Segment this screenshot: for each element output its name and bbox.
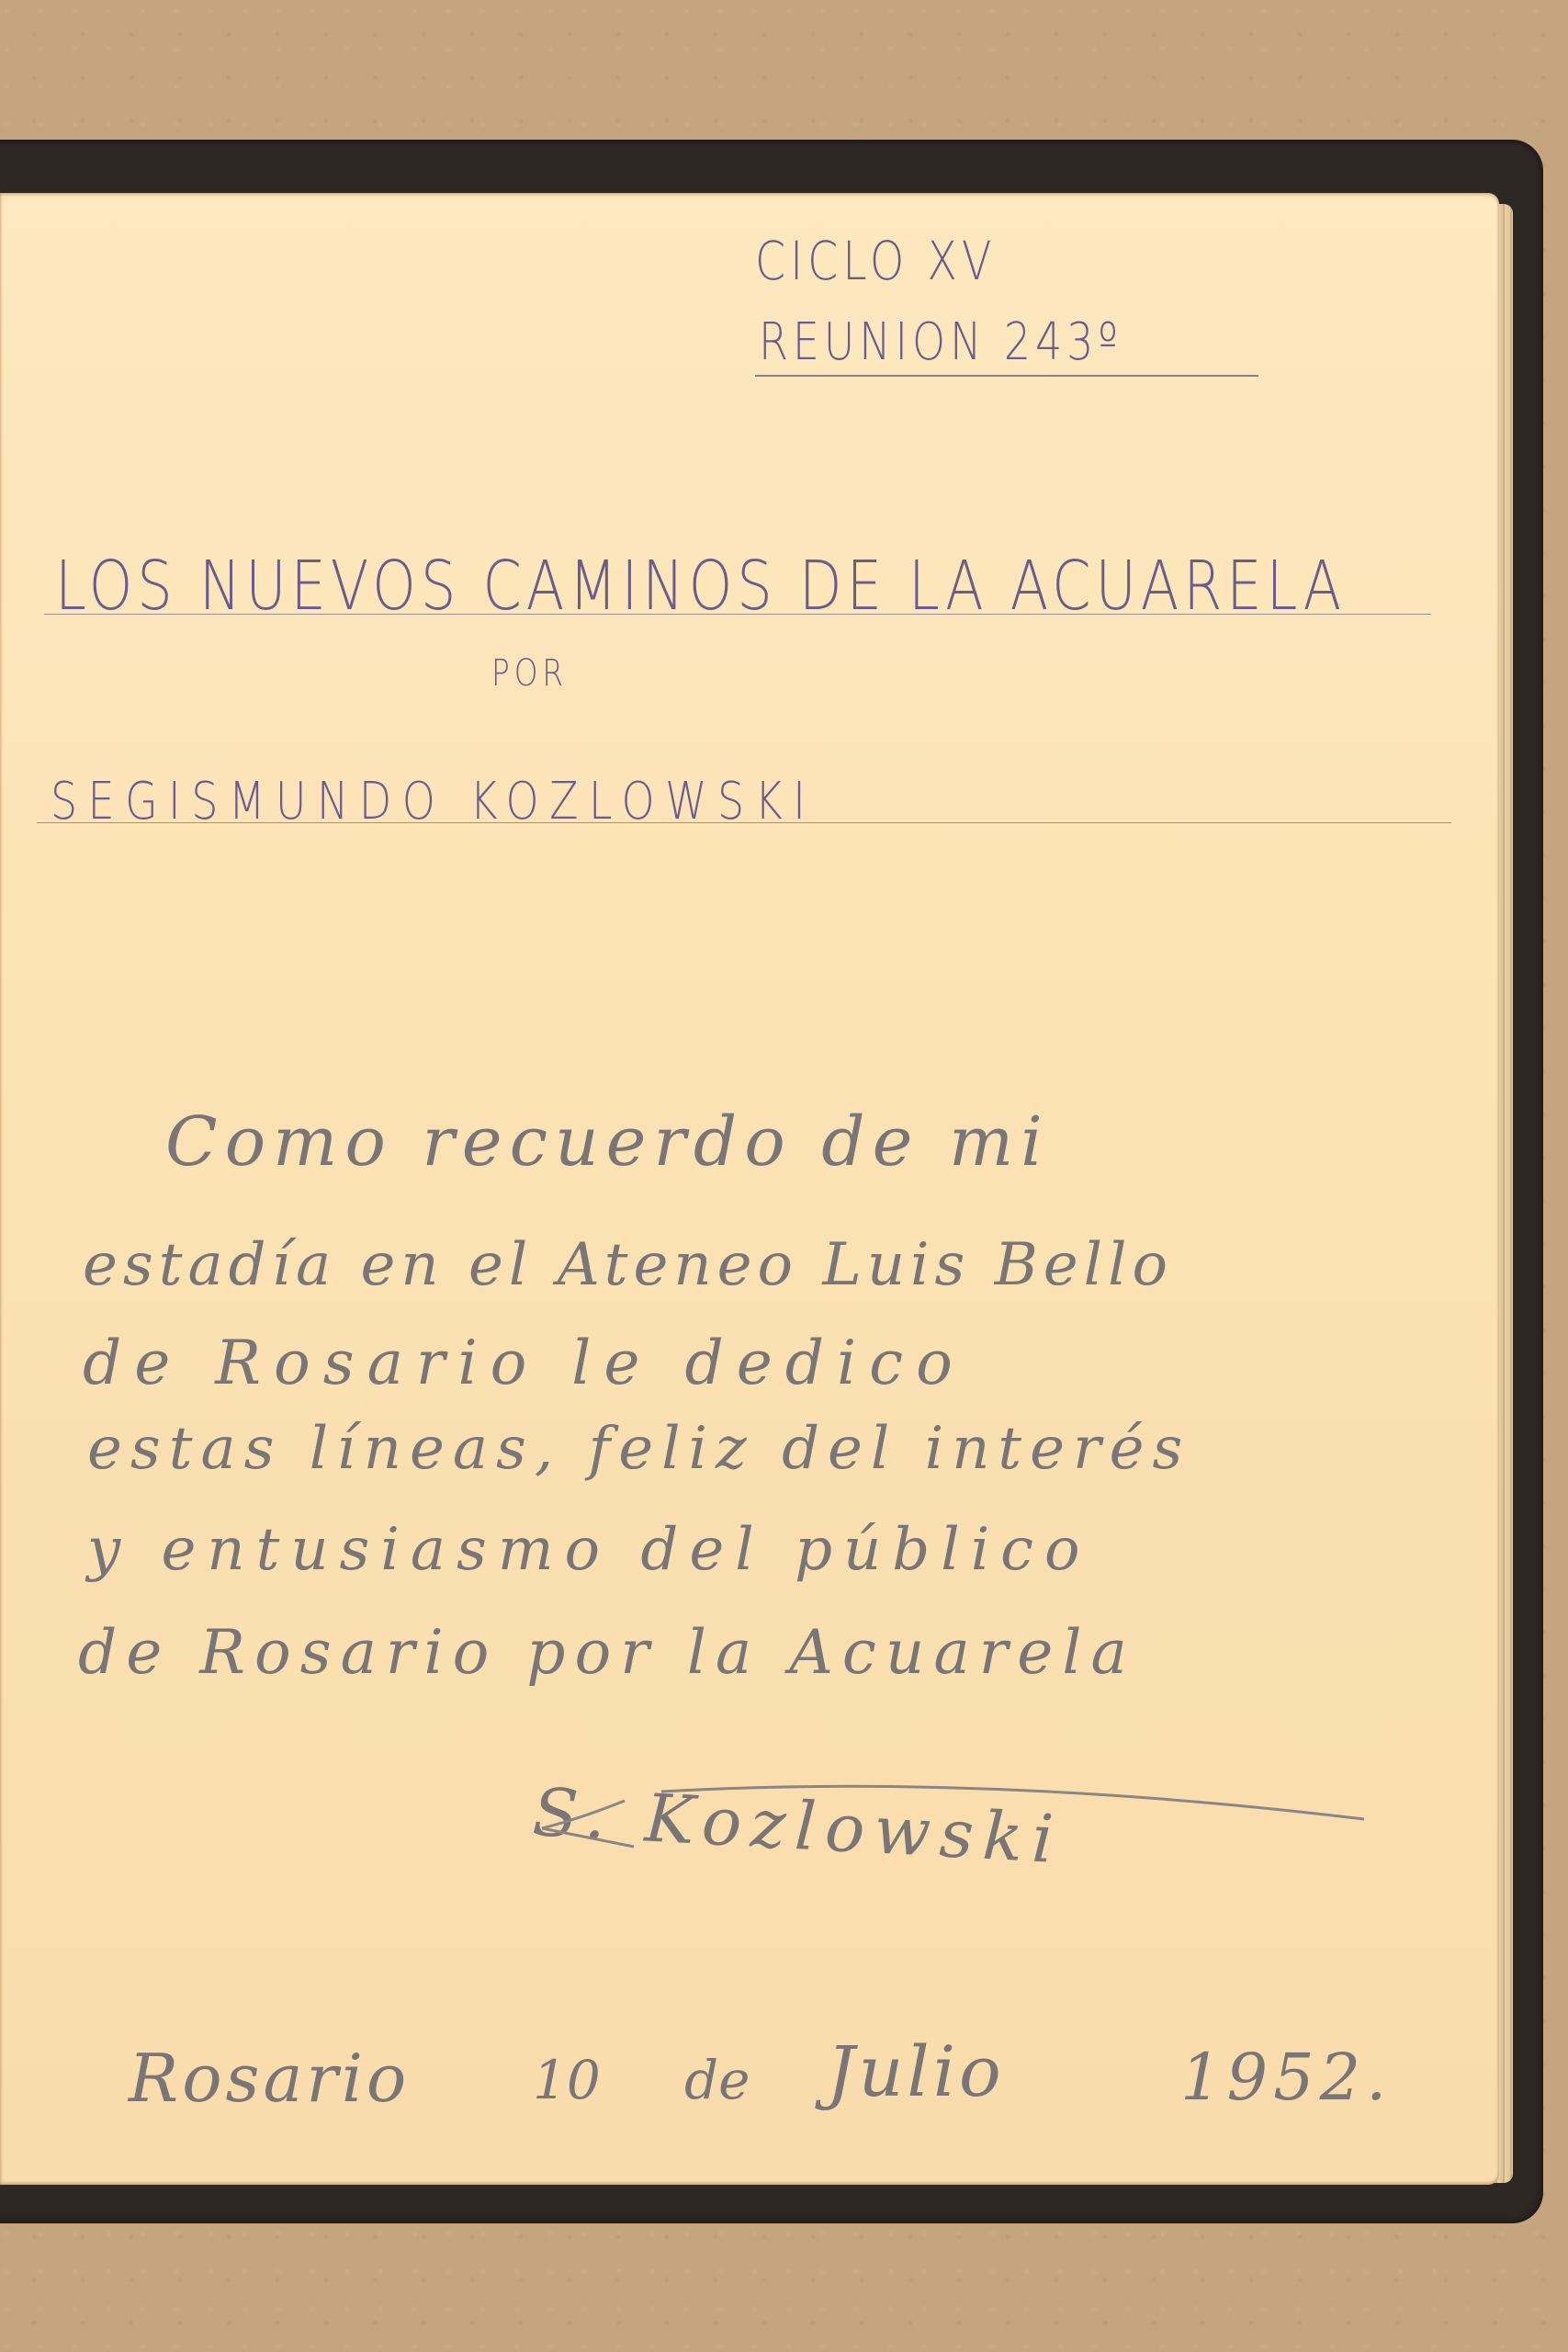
dedication-line-3: de Rosario le dedico [83,1328,965,1398]
meeting-number: REUNION 243º [759,312,1122,372]
dedication-line-1: Como recuerdo de mi [165,1102,1050,1182]
guestbook-page: CICLO XV REUNION 243º LOS NUEVOS CAMINOS… [0,193,1499,2185]
dedication-line-6: de Rosario por la Acuarela [78,1617,1136,1688]
dedication-line-4: estas líneas, feliz del interés [87,1415,1190,1483]
date-day: 10 [533,2049,601,2111]
header-underline [755,375,1258,377]
dedication-line-5: y entusiasmo del público [87,1516,1091,1584]
title-underline [44,614,1431,615]
date-month: Julio [827,2030,1005,2112]
by-label: POR [491,652,568,695]
signature-flourish [524,1755,1369,1865]
place: Rosario [129,2040,410,2117]
author-underline [37,822,1451,823]
cycle-label: CICLO XV [755,230,996,292]
dedication-line-2: estadía en el Ateneo Luis Bello [83,1231,1173,1299]
date-de: de [684,2049,750,2111]
date-year: 1952. [1180,2040,1392,2115]
